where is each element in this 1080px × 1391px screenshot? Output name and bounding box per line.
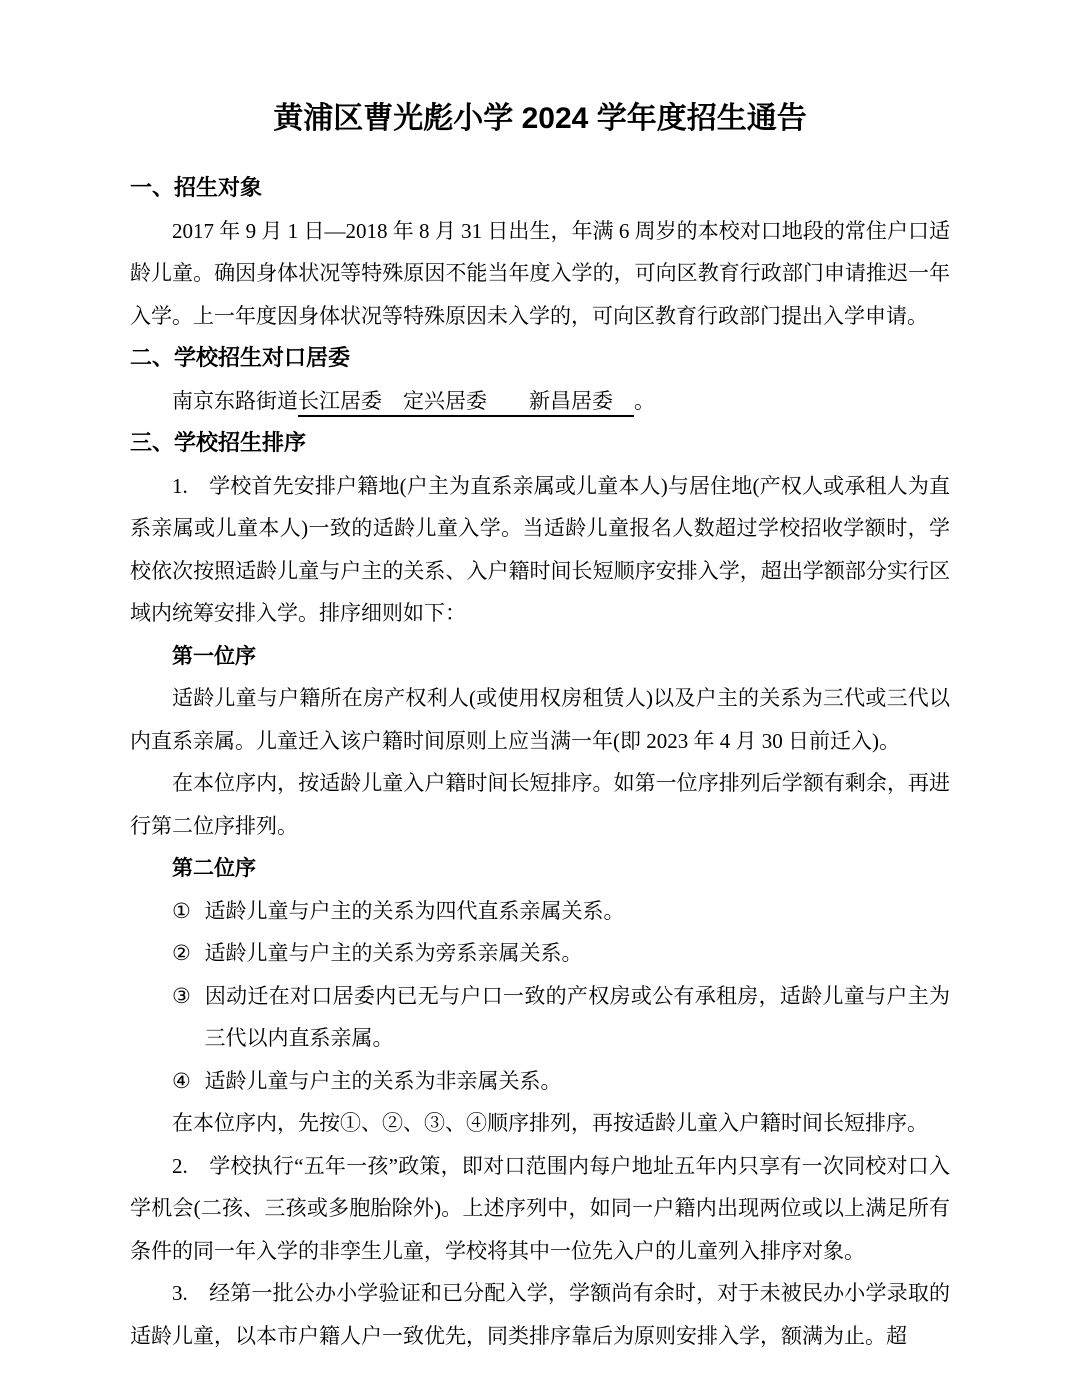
list-item-text: 因动迁在对口居委内已无与户口一致的产权房或公有承租房，适龄儿童与户主为三代以内直… [205, 984, 950, 1051]
list-item-text: 适龄儿童与户主的关系为四代直系亲属关系。 [205, 899, 625, 923]
list-item-text: 适龄儿童与户主的关系为旁系亲属关系。 [205, 941, 583, 965]
list-item-text: 适龄儿童与户主的关系为非亲属关系。 [205, 1069, 562, 1093]
list-item: ③因动迁在对口居委内已无与户口一致的产权房或公有承租房，适龄儿童与户主为三代以内… [172, 975, 950, 1060]
section2-paragraph: 南京东路街道长江居委 定兴居委 新昌居委 。 [130, 380, 950, 423]
rule-3-paragraph: 3. 经第一批公办小学验证和已分配入学，学额尚有余时，对于未被民办小学录取的适龄… [130, 1272, 950, 1357]
section2-heading: 二、学校招生对口居委 [130, 337, 950, 380]
circled-3-marker: ③ [172, 975, 205, 1018]
section1-paragraph: 2017 年 9 月 1 日—2018 年 8 月 31 日出生，年满 6 周岁… [130, 210, 950, 338]
rank2-order-paragraph: 在本位序内，先按①、②、③、④顺序排列，再按适龄儿童入户籍时间长短排序。 [130, 1102, 950, 1145]
rank1-subheading: 第一位序 [130, 635, 950, 678]
street-label: 南京东路街道 [172, 389, 298, 413]
document-page: 黄浦区曹光彪小学 2024 学年度招生通告 一、招生对象 2017 年 9 月 … [0, 0, 1080, 1391]
circled-1-marker: ① [172, 890, 205, 933]
section3-heading: 三、学校招生排序 [130, 422, 950, 465]
rule-1-paragraph: 1. 学校首先安排户籍地(户主为直系亲属或儿童本人)与居住地(产权人或承租人为直… [130, 465, 950, 635]
document-title: 黄浦区曹光彪小学 2024 学年度招生通告 [130, 99, 950, 139]
circled-4-marker: ④ [172, 1060, 205, 1103]
sentence-period: 。 [634, 389, 655, 413]
rank1-paragraph-1: 适龄儿童与户籍所在房产权利人(或使用权房租赁人)以及户主的关系为三代或三代以内直… [130, 677, 950, 762]
section1-heading: 一、招生对象 [130, 167, 950, 210]
circled-2-marker: ② [172, 932, 205, 975]
rank1-paragraph-2: 在本位序内，按适龄儿童入户籍时间长短排序。如第一位序排列后学额有剩余，再进行第二… [130, 762, 950, 847]
list-item: ④适龄儿童与户主的关系为非亲属关系。 [172, 1060, 950, 1103]
committee-list-underlined: 长江居委 定兴居委 新昌居委 [298, 389, 634, 413]
list-item: ②适龄儿童与户主的关系为旁系亲属关系。 [172, 932, 950, 975]
list-item: ①适龄儿童与户主的关系为四代直系亲属关系。 [172, 890, 950, 933]
rule-2-paragraph: 2. 学校执行“五年一孩”政策，即对口范围内每户地址五年内只享有一次同校对口入学… [130, 1145, 950, 1273]
rank2-subheading: 第二位序 [130, 847, 950, 890]
